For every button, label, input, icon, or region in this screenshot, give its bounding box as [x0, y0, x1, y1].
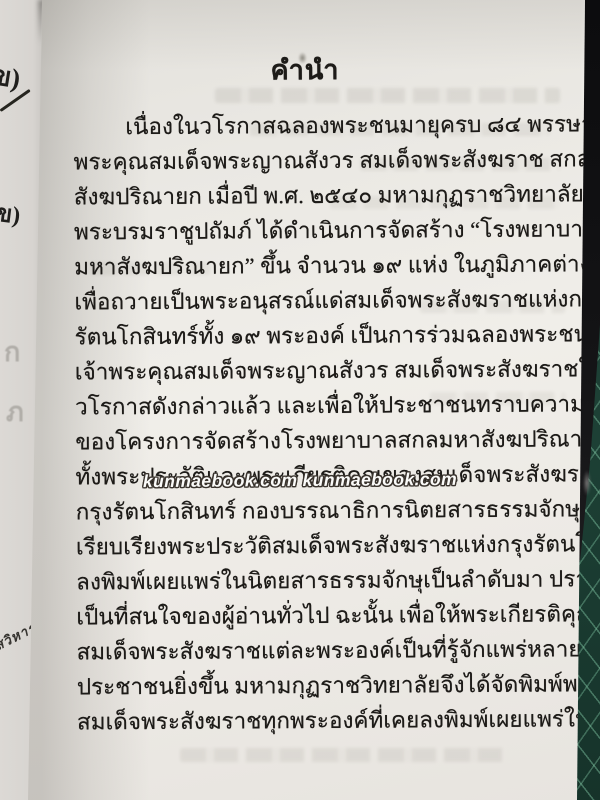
text-line: สังฆปริณายก เมื่อปี พ.ศ. ๒๕๔๐ มหามกุฏราช…: [74, 177, 566, 215]
preface-page: คำนำ เนื่องในวโรกาสฉลองพระชนมายุครบ ๘๔ พ…: [0, 0, 600, 800]
watermark-text: kunmaebook.com kunmaebook.com: [30, 468, 570, 493]
text-line: ลงพิมพ์เผยแพร่ในนิตยสารธรรมจักษุเป็นลำดั…: [76, 561, 568, 599]
preface-text-block: คำนำ เนื่องในวโรกาสฉลองพระชนมายุครบ ๘๔ พ…: [73, 53, 569, 740]
text-line: กรุงรัตนโกสินทร์ กองบรรณาธิการนิตยสารธรร…: [76, 491, 568, 529]
text-line: รัตนโกสินทร์ทั้ง ๑๙ พระองค์ เป็นการร่วมฉ…: [75, 316, 567, 354]
text-line: สมเด็จพระสังฆราชทุกพระองค์ที่เคยลงพิมพ์เ…: [77, 701, 569, 739]
text-line: สมเด็จพระสังฆราชแต่ละพระองค์เป็นที่รู้จั…: [76, 631, 568, 669]
text-line: เป็นที่สนใจของผู้อ่านทั่วไป ฉะนั้น เพื่อ…: [76, 596, 568, 634]
text-line: พระบรมราชูปถัมภ์ ได้ดำเนินการจัดสร้าง “โ…: [74, 212, 566, 250]
showthrough-texture: [180, 748, 510, 762]
text-line: เรียบเรียงพระประวัติสมเด็จพระสังฆราชแห่ง…: [76, 526, 568, 564]
page-title: คำนำ: [59, 53, 551, 88]
book-photo: ข) ข) ก ภ สวิหาร ที คำนำ เนื่องในวโรกาสฉ…: [0, 0, 600, 800]
text-line: เนื่องในวโรกาสฉลองพระชนมายุครบ ๘๔ พรรษาเ…: [73, 107, 565, 145]
previous-page-label-mid: ข): [0, 193, 23, 235]
text-line: มหาสังฆปริณายก” ขึ้น จำนวน ๑๙ แห่ง ในภูม…: [74, 247, 566, 285]
text-line: เพื่อถวายเป็นพระอนุสรณ์แด่สมเด็จพระสังฆร…: [74, 281, 566, 319]
text-line: ของโครงการจัดสร้างโรงพยาบาลสกลมหาสังฆปริ…: [75, 421, 567, 459]
text-line: ประชาชนยิ่งขึ้น มหามกุฏราชวิทยาลัยจึงได้…: [77, 666, 569, 704]
previous-page-ghost-glyph: ก: [4, 330, 20, 373]
previous-page-label-top: ข): [0, 53, 24, 100]
text-line: เจ้าพระคุณสมเด็จพระญาณสังวร สมเด็จพระสัง…: [75, 351, 567, 389]
edge-smudge: [583, 470, 591, 496]
text-line: วโรกาสดังกล่าวแล้ว และเพื่อให้ประชาชนทรา…: [75, 386, 567, 424]
previous-page-ghost-glyph: ภ: [6, 390, 24, 433]
text-line: พระคุณสมเด็จพระญาณสังวร สมเด็จพระสังฆราช…: [73, 142, 565, 180]
